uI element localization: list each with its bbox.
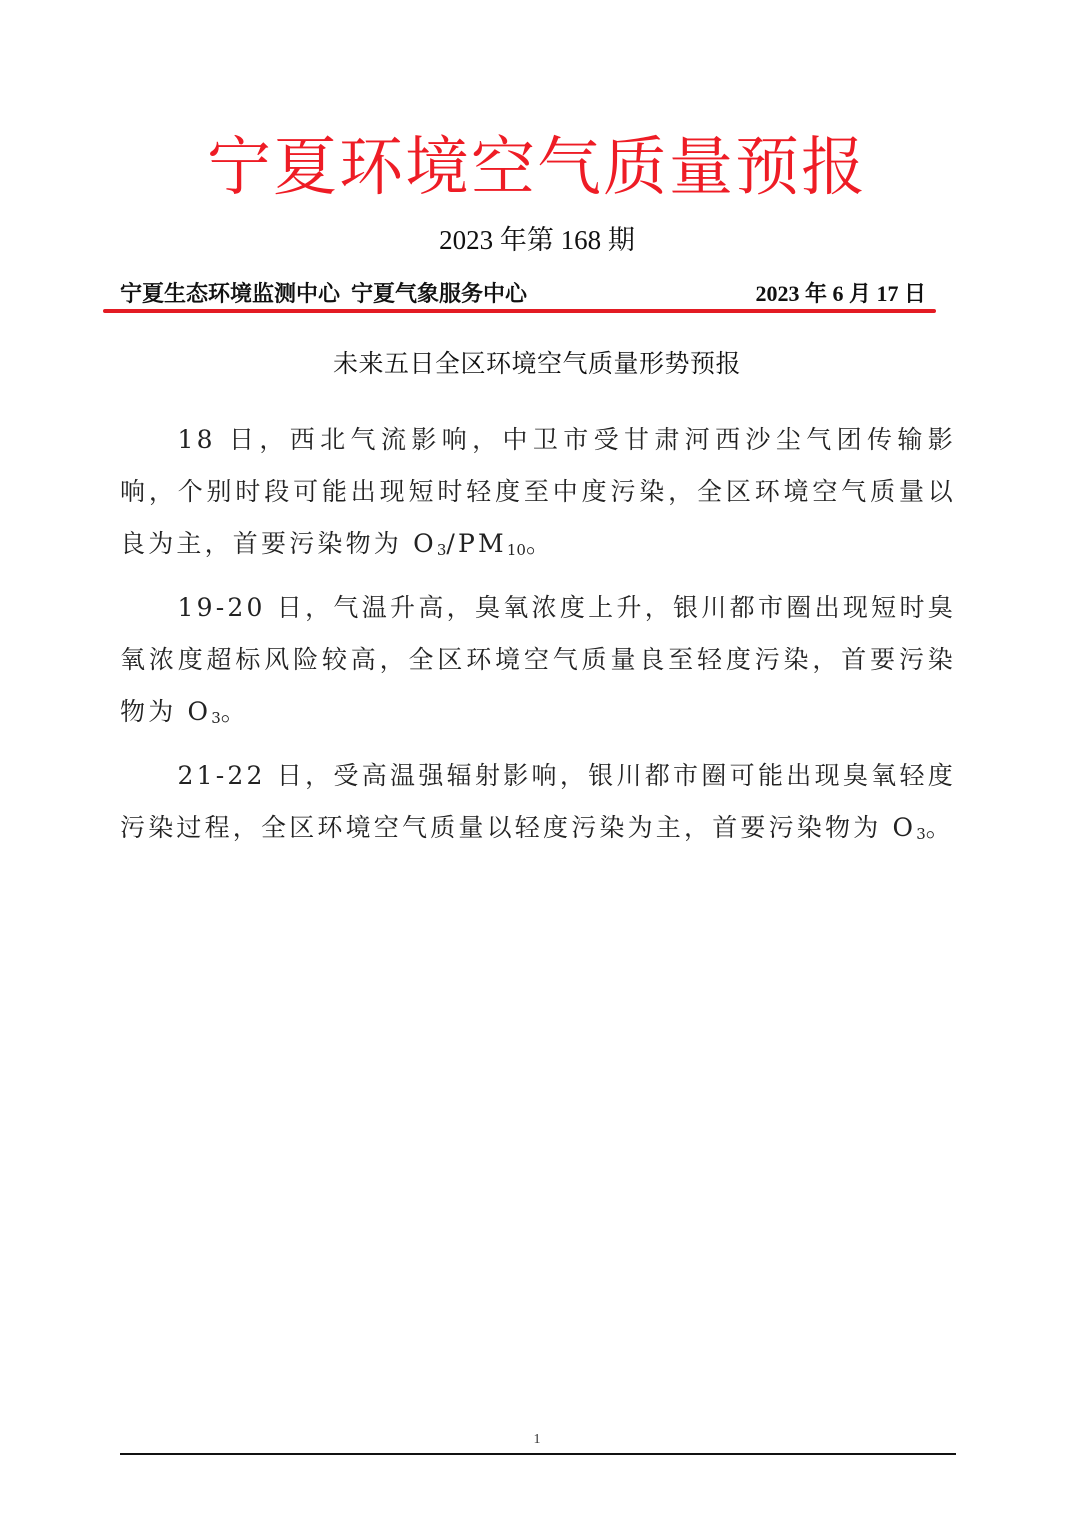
paragraph-text: /PM bbox=[446, 529, 506, 558]
issue-date: 2023 年 6 月 17 日 bbox=[755, 280, 926, 308]
section-heading: 未来五日全区环境空气质量形势预报 bbox=[0, 346, 1074, 382]
footer-rule bbox=[120, 1453, 956, 1455]
subscript: 3 bbox=[916, 825, 926, 843]
paragraph-text: 。 bbox=[926, 813, 954, 842]
masthead-title: 宁夏环境空气质量预报 bbox=[0, 128, 1074, 208]
paragraph-text: 。 bbox=[526, 529, 554, 558]
issue-number: 2023 年第 168 期 bbox=[0, 220, 1074, 260]
forecast-paragraph-21-22: 21-22 日，受高温强辐射影响，银川都市圈可能出现臭氧轻度污染过程，全区环境空… bbox=[120, 750, 956, 860]
issuing-agencies: 宁夏生态环境监测中心 宁夏气象服务中心 bbox=[120, 280, 527, 308]
subscript: 10 bbox=[507, 541, 526, 559]
forecast-body: 18 日，西北气流影响，中卫市受甘肃河西沙尘气团传输影响，个别时段可能出现短时轻… bbox=[120, 414, 956, 866]
subscript: 3 bbox=[211, 709, 221, 727]
forecast-paragraph-19-20: 19-20 日，气温升高，臭氧浓度上升，银川都市圈出现短时臭氧浓度超标风险较高，… bbox=[120, 582, 956, 744]
masthead-red-rule bbox=[103, 309, 936, 313]
document-page: 宁夏环境空气质量预报 2023 年第 168 期 宁夏生态环境监测中心 宁夏气象… bbox=[0, 0, 1074, 1520]
page-number: 1 bbox=[0, 1432, 1074, 1448]
paragraph-text: 。 bbox=[221, 697, 249, 726]
subscript: 3 bbox=[437, 541, 447, 559]
issuer-row: 宁夏生态环境监测中心 宁夏气象服务中心 2023 年 6 月 17 日 bbox=[120, 280, 926, 310]
forecast-paragraph-18: 18 日，西北气流影响，中卫市受甘肃河西沙尘气团传输影响，个别时段可能出现短时轻… bbox=[120, 414, 956, 576]
paragraph-text: 21-22 日，受高温强辐射影响，银川都市圈可能出现臭氧轻度污染过程，全区环境空… bbox=[120, 761, 956, 842]
